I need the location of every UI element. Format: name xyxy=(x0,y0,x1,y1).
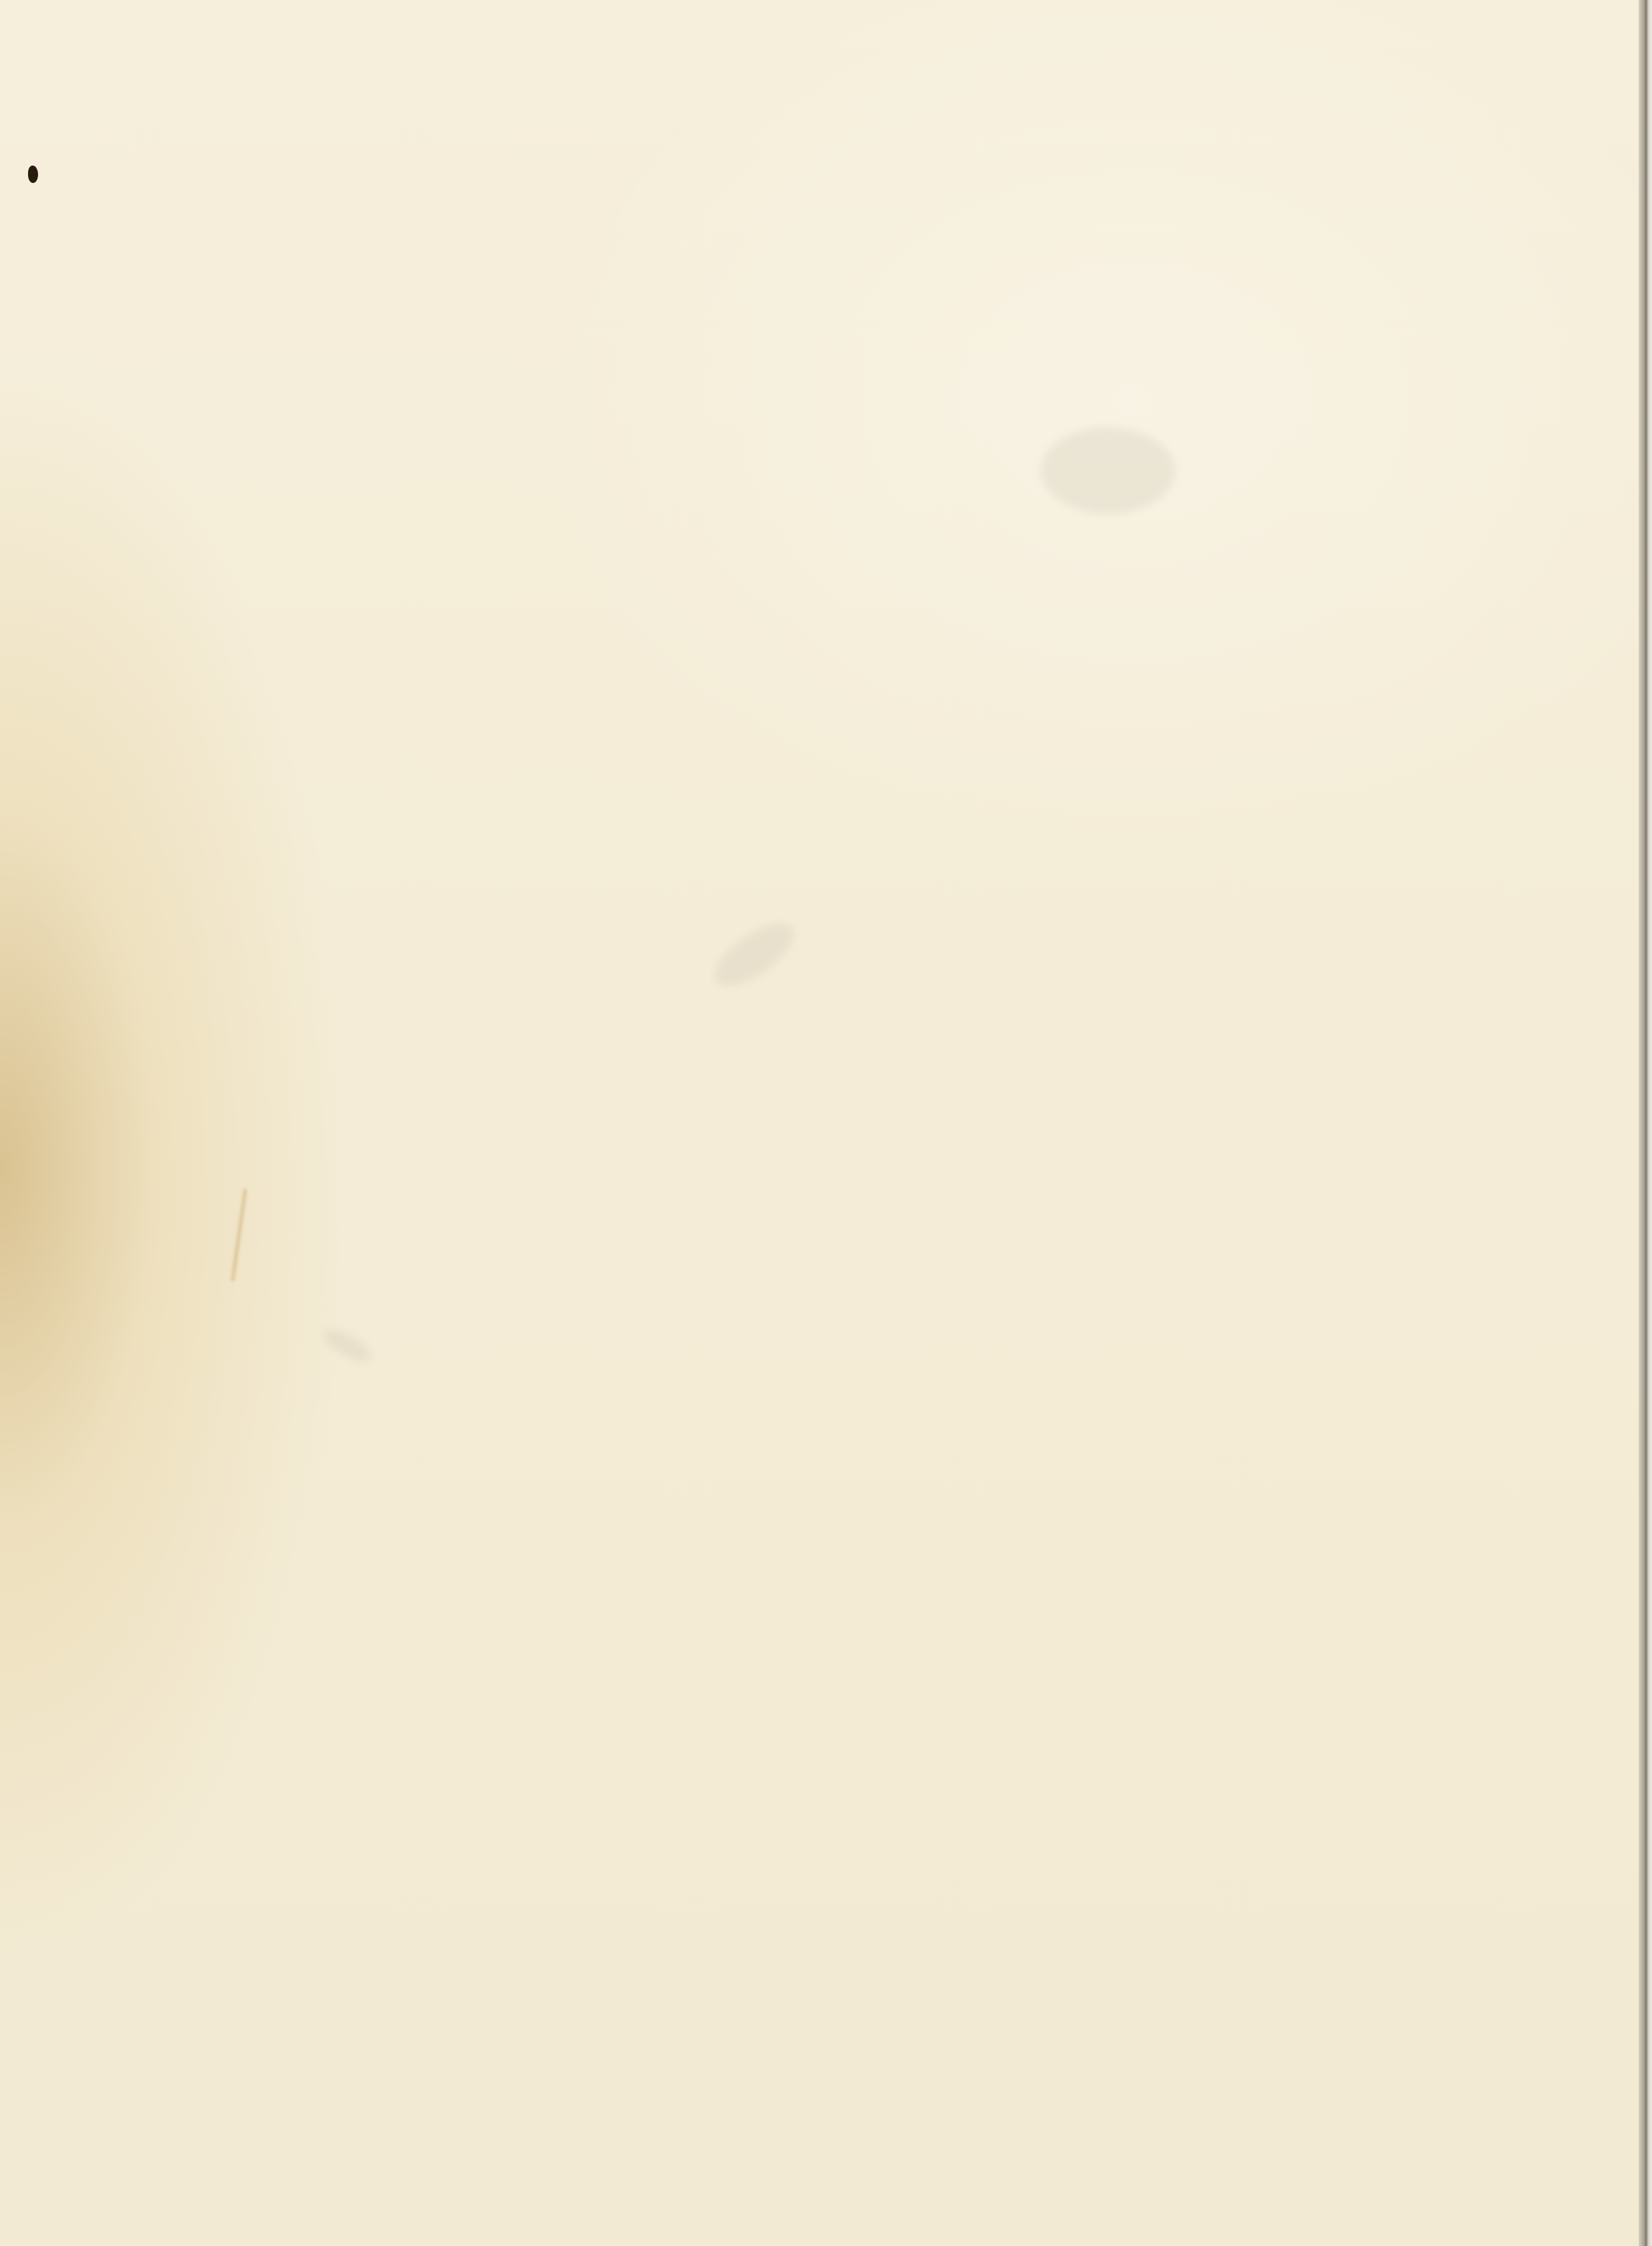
stain-streak xyxy=(230,1188,247,1281)
ink-speck xyxy=(28,166,38,183)
faint-smudge xyxy=(704,911,804,997)
faint-smudge xyxy=(1041,427,1175,514)
page-right-edge xyxy=(1639,0,1652,2246)
blank-paper-page xyxy=(0,0,1639,2246)
faint-smudge xyxy=(319,1323,375,1367)
